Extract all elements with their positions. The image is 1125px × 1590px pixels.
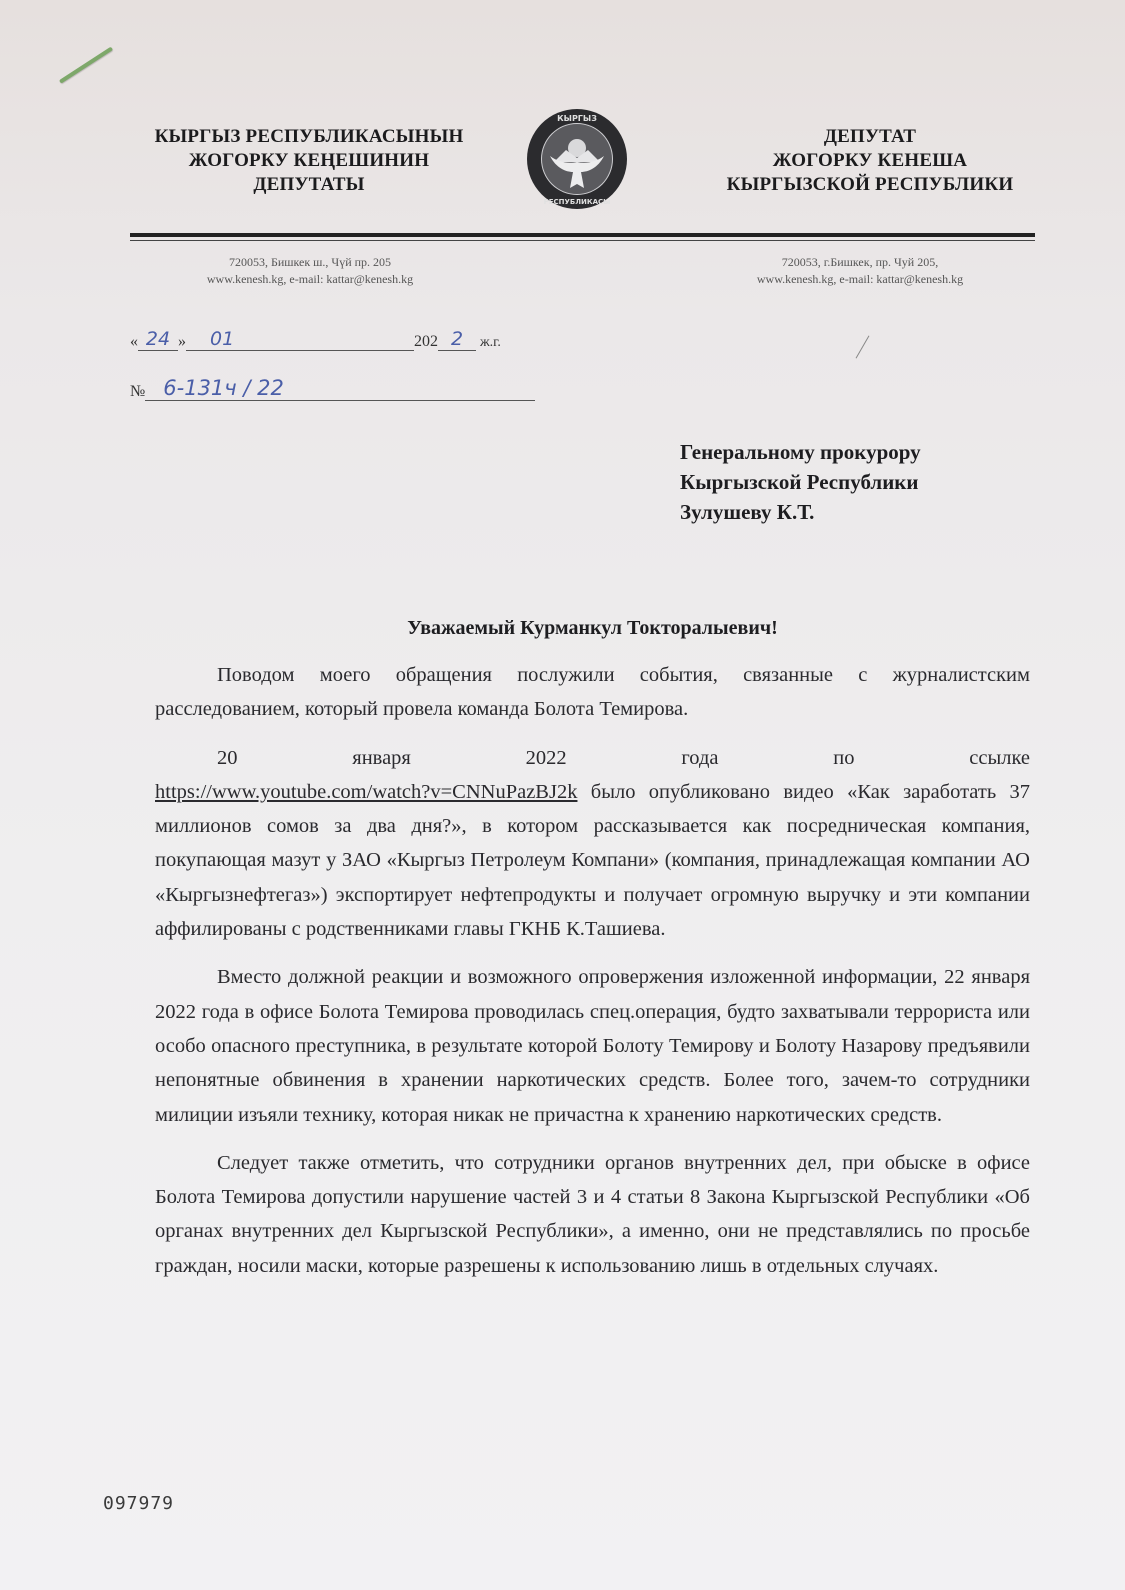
addressee-name: Зулушеву К.Т.	[680, 497, 921, 527]
word: 2022	[526, 741, 567, 775]
video-link[interactable]: https://www.youtube.com/watch?v=CNNuPazB…	[155, 781, 577, 803]
svg-text:КЫРГЫЗ: КЫРГЫЗ	[557, 114, 597, 123]
word: года	[681, 741, 718, 775]
letterhead-line: КЫРГЫЗ РЕСПУБЛИКАСЫНЫН	[128, 125, 490, 149]
letterhead-line: ДЕПУТАТ	[700, 125, 1040, 149]
date-day: 24	[138, 328, 178, 351]
paragraph-2: https://www.youtube.com/watch?v=CNNuPazB…	[155, 775, 1030, 946]
date-year-label: ж.г.	[480, 335, 501, 351]
quote-close: »	[178, 333, 186, 351]
staple-mark	[59, 47, 113, 84]
number-value: 6-131ч / 22	[145, 376, 535, 401]
date-year-suffix: 2	[438, 328, 476, 351]
addressee-title: Генеральному прокурору	[680, 437, 921, 467]
address-russian: 720053, г.Бишкек, пр. Чуй 205, www.kenes…	[720, 254, 1000, 288]
registration-date: « 24 » 01 202 2 ж.г.	[130, 328, 501, 351]
registration-number: № 6-131ч / 22	[130, 376, 535, 401]
pen-mark	[856, 335, 870, 358]
letterhead-line: ЖОГОРКУ КЕҢЕШИНИН	[128, 149, 490, 173]
paragraph-2-text: было опубликовано видео «Как заработать …	[155, 781, 1030, 940]
number-label: №	[130, 383, 145, 401]
letterhead-line: ДЕПУТАТЫ	[128, 173, 490, 197]
paragraph-3: Вместо должной реакции и возможного опро…	[155, 960, 1030, 1131]
word: ссылке	[969, 741, 1030, 775]
address-kyrgyz: 720053, Бишкек ш., Чүй пр. 205 www.kenes…	[160, 254, 460, 288]
letter-body: Поводом моего обращения послужили событи…	[155, 658, 1030, 1297]
date-year-prefix: 202	[414, 333, 438, 351]
paragraph-1: Поводом моего обращения послужили событи…	[155, 658, 1030, 727]
paragraph-4: Следует также отметить, что сотрудники о…	[155, 1146, 1030, 1283]
letterhead-line: ЖОГОРКУ КЕНЕША	[700, 149, 1040, 173]
svg-text:РЕСПУБЛИКАСЫ: РЕСПУБЛИКАСЫ	[544, 198, 611, 206]
word: января	[352, 741, 411, 775]
letterhead-russian: ДЕПУТАТ ЖОГОРКУ КЕНЕША КЫРГЫЗСКОЙ РЕСПУБ…	[700, 125, 1040, 197]
addressee-block: Генеральному прокурору Кыргызской Респуб…	[680, 437, 921, 527]
address-line: 720053, г.Бишкек, пр. Чуй 205,	[720, 254, 1000, 271]
letterhead-divider-thin	[130, 240, 1035, 241]
quote-open: «	[130, 333, 138, 351]
addressee-country: Кыргызской Республики	[680, 467, 921, 497]
paragraph-2-lead: 20 января 2022 года по ссылке	[155, 741, 1030, 775]
letterhead-divider	[130, 233, 1035, 237]
letterhead-line: КЫРГЫЗСКОЙ РЕСПУБЛИКИ	[700, 173, 1040, 197]
letterhead-kyrgyz: КЫРГЫЗ РЕСПУБЛИКАСЫНЫН ЖОГОРКУ КЕҢЕШИНИН…	[128, 125, 490, 197]
date-month: 01	[186, 328, 414, 351]
serial-number: 097979	[103, 1493, 174, 1514]
address-line: 720053, Бишкек ш., Чүй пр. 205	[160, 254, 460, 271]
letter-page: КЫРГЫЗ РЕСПУБЛИКАСЫНЫН ЖОГОРКУ КЕҢЕШИНИН…	[0, 0, 1125, 1590]
word: по	[833, 741, 854, 775]
address-contact: www.kenesh.kg, e-mail: kattar@kenesh.kg	[720, 271, 1000, 288]
state-emblem-icon: КЫРГЫЗ РЕСПУБЛИКАСЫ	[518, 106, 636, 212]
salutation: Уважаемый Курманкул Токторалыевич!	[0, 617, 1125, 640]
address-contact: www.kenesh.kg, e-mail: kattar@kenesh.kg	[160, 271, 460, 288]
word: 20	[217, 741, 238, 775]
